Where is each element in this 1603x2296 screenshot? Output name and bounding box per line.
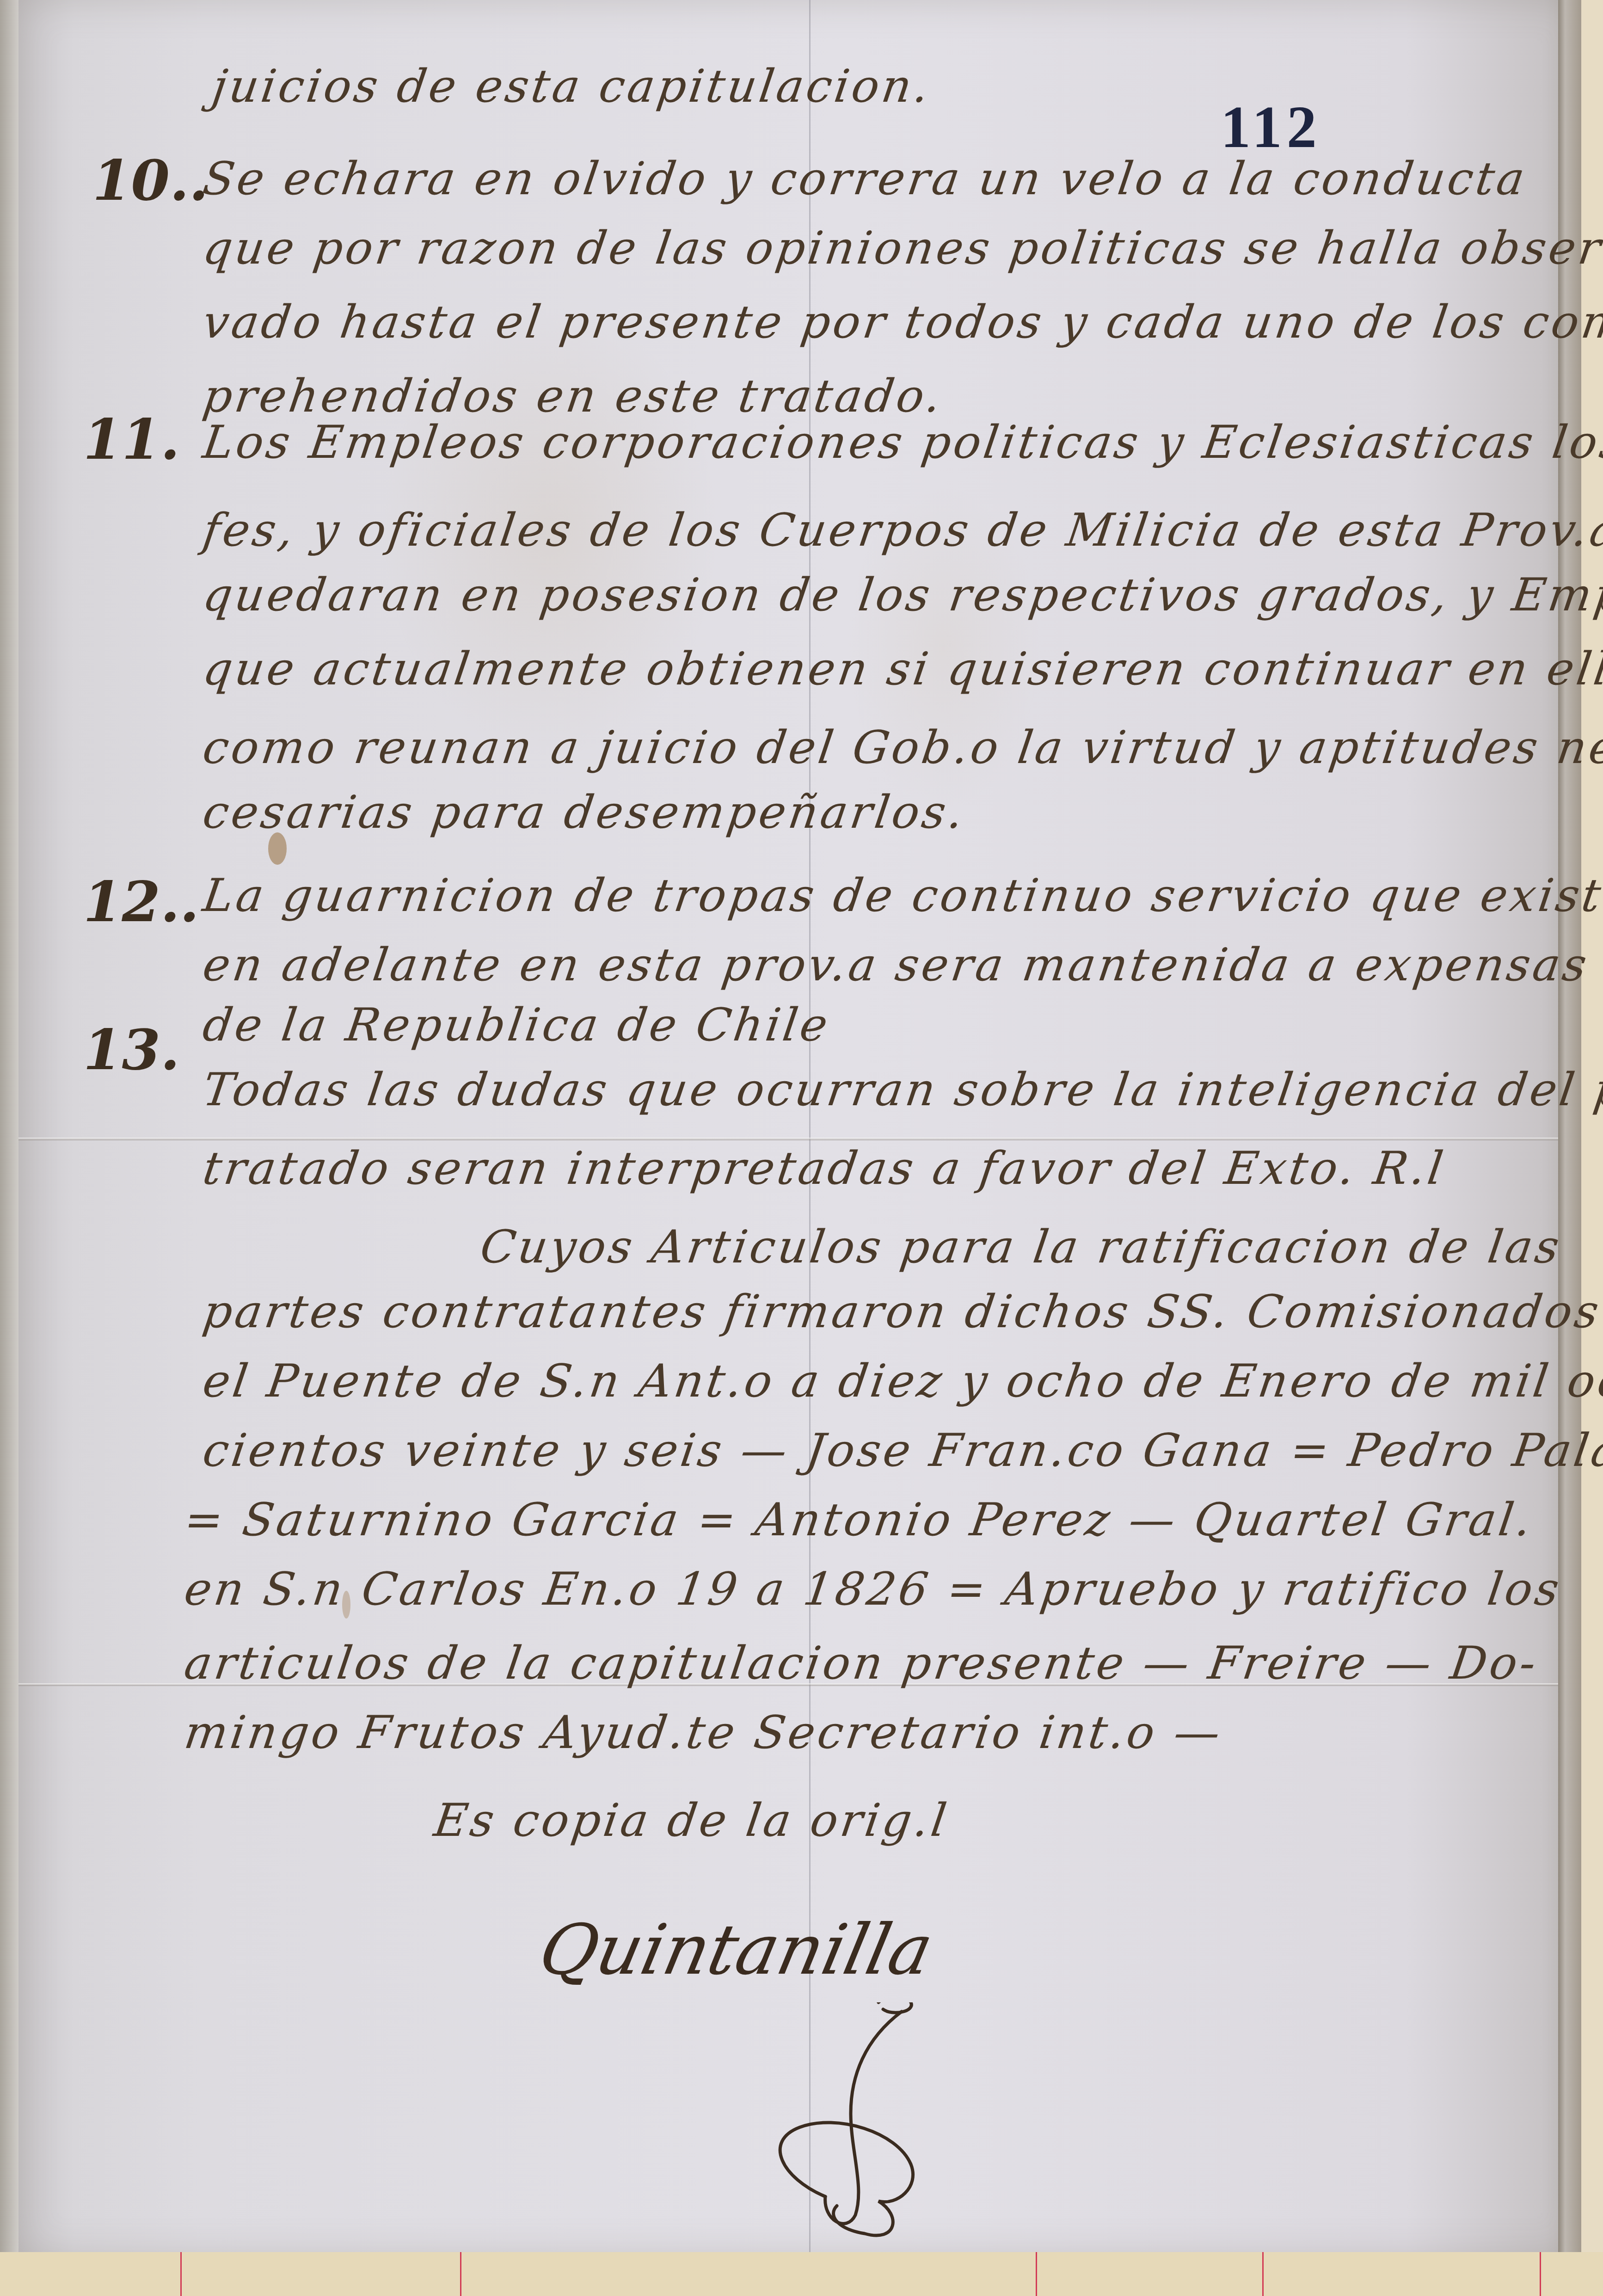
text-line: quedaran en posesion de los respectivos … xyxy=(200,569,1603,622)
text-line: cientos veinte y seis — Jose Fran.co Gan… xyxy=(200,1424,1603,1477)
article-number-11: 11. xyxy=(83,407,180,472)
text-line: La guarnicion de tropas de continuo serv… xyxy=(200,869,1603,922)
text-line: = Saturnino Garcia = Antonio Perez — Qua… xyxy=(181,1494,1537,1546)
text-line: mingo Frutos Ayud.te Secretario int.o — xyxy=(181,1706,1226,1759)
folio-stamp: 112 xyxy=(1221,92,1321,162)
text-line: juicios de esta capitulacion. xyxy=(209,60,935,113)
text-line: en adelante en esta prov.a sera mantenid… xyxy=(200,939,1592,991)
text-line: de la Republica de Chile xyxy=(200,999,834,1052)
ledger-rule-line xyxy=(1036,2252,1037,2296)
backing-ledger-page xyxy=(0,2252,1603,2296)
text-line: articulos de la capitulacion presente — … xyxy=(181,1637,1542,1690)
manuscript-sheet: 112 10.. 11. 12.. 13. juicios de esta ca… xyxy=(18,0,1581,2258)
text-line: fes, y oficiales de los Cuerpos de Milic… xyxy=(200,504,1603,557)
certification-line: Es copia de la orig.l xyxy=(431,1794,952,1847)
text-line: como reunan a juicio del Gob.o la virtud… xyxy=(200,721,1603,774)
text-line: en S.n Carlos En.o 19 a 1826 = Apruebo y… xyxy=(181,1563,1565,1616)
rubric-flourish-icon xyxy=(744,2002,976,2243)
text-line: el Puente de S.n Ant.o a diez y ocho de … xyxy=(200,1355,1603,1408)
ledger-rule-line xyxy=(1262,2252,1264,2296)
text-line: cesarias para desempeñarlos. xyxy=(200,786,969,839)
article-number-13: 13. xyxy=(83,1017,180,1083)
ledger-rule-line xyxy=(460,2252,461,2296)
ledger-rule-line xyxy=(1540,2252,1541,2296)
text-line: Se echara en olvido y correra un velo a … xyxy=(200,153,1530,205)
article-number-12: 12.. xyxy=(83,869,199,935)
text-line: Los Empleos corporaciones politicas y Ec… xyxy=(200,416,1603,469)
text-line: que por razon de las opiniones politicas… xyxy=(200,222,1603,275)
article-number-10: 10.. xyxy=(92,148,209,213)
text-line: partes contratantes firmaron dichos SS. … xyxy=(200,1286,1603,1338)
text-line: Todas las dudas que ocurran sobre la int… xyxy=(200,1064,1603,1116)
horizontal-fold xyxy=(18,1138,1581,1140)
text-line: Cuyos Articulos para la ratificacion de … xyxy=(477,1221,1565,1274)
text-line: vado hasta el presente por todos y cada … xyxy=(200,296,1603,349)
left-page-edge xyxy=(0,0,18,2296)
text-line: tratado seran interpretadas a favor del … xyxy=(200,1142,1449,1195)
text-line: prehendidos en este tratado. xyxy=(200,370,947,423)
signature: Quintanilla xyxy=(533,1910,940,1990)
ledger-rule-line xyxy=(180,2252,182,2296)
text-line: que actualmente obtienen si quisieren co… xyxy=(200,643,1603,696)
